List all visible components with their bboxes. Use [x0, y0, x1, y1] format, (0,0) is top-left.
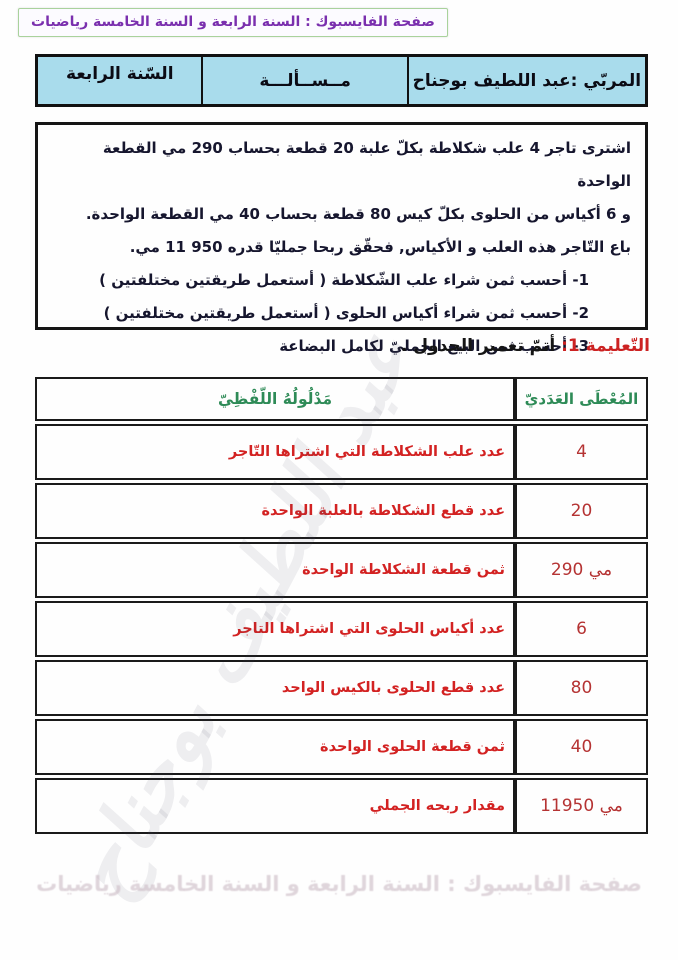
- facebook-page-badge: صفحة الفايسبوك : السنة الرابعة و السنة ا…: [18, 8, 448, 37]
- problem-statement-line: باع التّاجر هذه العلب و الأكياس, فحقّق ر…: [48, 231, 631, 264]
- label-cell: ثمن قطعة الحلوى الواحدة: [35, 719, 515, 775]
- footer-watermark: صفحة الفايسبوك : السنة الرابعة و السنة ا…: [0, 872, 678, 896]
- instruction-label: التّعليمة 1:: [561, 336, 650, 356]
- instruction-text: أتمّ تعمير الجدول .: [401, 336, 561, 356]
- worksheet-page: صفحة الفايسبوك : السنة الرابعة و السنة ا…: [0, 0, 678, 960]
- table-row: 80 عدد قطع الحلوى بالكيس الواحد: [35, 660, 648, 716]
- value-cell: 4: [515, 424, 648, 480]
- value-cell: 20: [515, 483, 648, 539]
- value-header-cell: المُعْطَى العَدَديّ: [515, 377, 648, 421]
- problem-question-line: 2- أحسب ثمن شراء أكياس الحلوى ( أستعمل ط…: [48, 297, 631, 330]
- table-row: 40 ثمن قطعة الحلوى الواحدة: [35, 719, 648, 775]
- problem-statement-line: و 6 أكياس من الحلوى بكلّ كيس 80 قطعة بحس…: [48, 198, 631, 231]
- header-table: المربّي :عبد اللطيف بوجناح مــســألـــة …: [35, 54, 648, 107]
- subject-cell: مــســألـــة: [201, 55, 406, 106]
- instruction-line: التّعليمة 1: أتمّ تعمير الجدول .: [401, 336, 650, 356]
- label-cell: عدد قطع الشكلاطة بالعلبة الواحدة: [35, 483, 515, 539]
- data-table: المُعْطَى العَدَديّ مَدْلُولُهُ اللّفْظِ…: [35, 374, 648, 837]
- problem-statement-line: اشترى تاجر 4 علب شكلاطة بكلّ علبة 20 قطع…: [48, 132, 631, 198]
- table-row: 290 مي ثمن قطعة الشكلاطة الواحدة: [35, 542, 648, 598]
- table-row: مي 11950 مقدار ربحه الجملي: [35, 778, 648, 834]
- table-header-row: المُعْطَى العَدَديّ مَدْلُولُهُ اللّفْظِ…: [35, 377, 648, 421]
- table-row: 6 عدد أكياس الحلوى التي اشتراها التاجر: [35, 601, 648, 657]
- value-cell: مي 11950: [515, 778, 648, 834]
- value-cell: 80: [515, 660, 648, 716]
- value-cell: 40: [515, 719, 648, 775]
- teacher-cell: المربّي :عبد اللطيف بوجناح: [407, 55, 647, 106]
- value-cell: 290 مي: [515, 542, 648, 598]
- table-row: 4 عدد علب الشكلاطة التي اشتراها التّاجر: [35, 424, 648, 480]
- value-cell: 6: [515, 601, 648, 657]
- table-row: 20 عدد قطع الشكلاطة بالعلبة الواحدة: [35, 483, 648, 539]
- problem-box: اشترى تاجر 4 علب شكلاطة بكلّ علبة 20 قطع…: [35, 122, 648, 330]
- label-cell: عدد قطع الحلوى بالكيس الواحد: [35, 660, 515, 716]
- grade-cell: السّنة الرابعة: [36, 55, 201, 106]
- label-cell: عدد أكياس الحلوى التي اشتراها التاجر: [35, 601, 515, 657]
- problem-question-line: 1- أحسب ثمن شراء علب الشّكلاطة ( أستعمل …: [48, 264, 631, 297]
- label-cell: مقدار ربحه الجملي: [35, 778, 515, 834]
- label-header-cell: مَدْلُولُهُ اللّفْظِيّ: [35, 377, 515, 421]
- label-cell: عدد علب الشكلاطة التي اشتراها التّاجر: [35, 424, 515, 480]
- label-cell: ثمن قطعة الشكلاطة الواحدة: [35, 542, 515, 598]
